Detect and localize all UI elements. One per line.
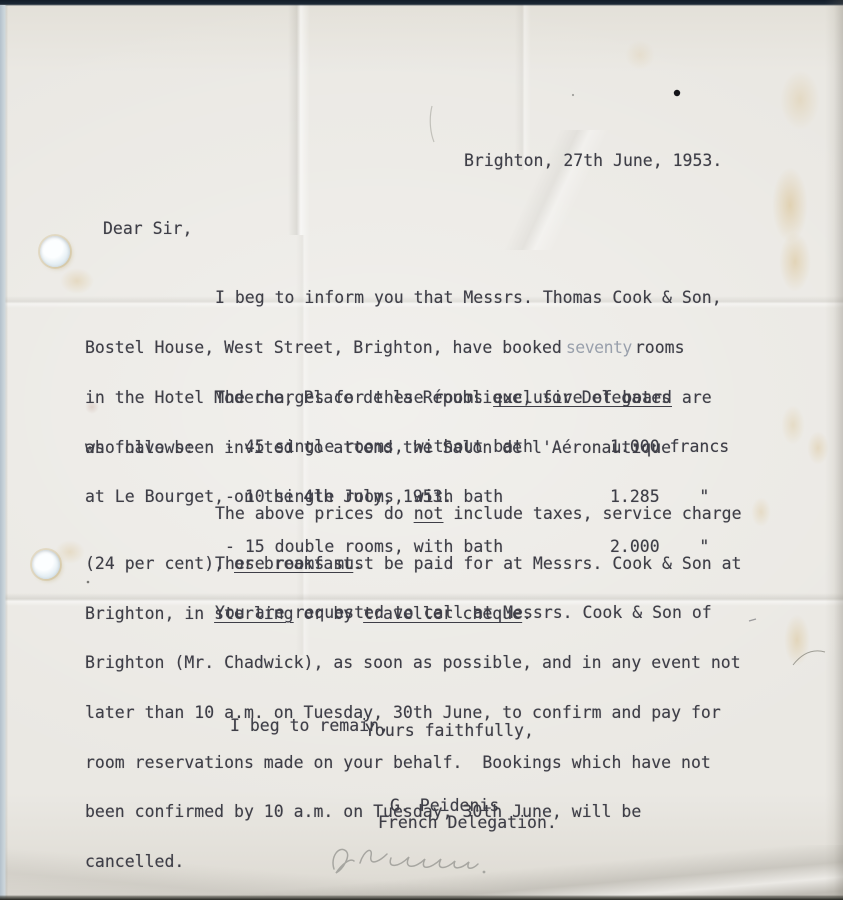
foxing-stain — [779, 232, 811, 292]
underlined-text: exclusive of board — [493, 388, 672, 407]
text-segment: include taxes, service charge — [444, 504, 742, 523]
scan-edge-bottom — [0, 895, 843, 900]
vertical-fold-crease-right — [515, 0, 531, 170]
scan-edge-left — [0, 5, 8, 900]
text-segment: are — [672, 388, 712, 407]
underlined-text: not — [414, 504, 444, 523]
closing-faithfully-line: Yours faithfully, — [365, 723, 534, 740]
punch-hole-bottom — [32, 550, 60, 579]
room-description: - 45 single rooms, without bath — [225, 437, 533, 456]
room-charge-row: - 45 single rooms, without bath1.000 fra… — [85, 439, 533, 456]
scan-edge-top — [0, 0, 843, 6]
stray-tick — [749, 619, 756, 621]
hair-scratch — [793, 651, 825, 665]
foxing-stain — [781, 405, 805, 445]
text-segment: The charges for these rooms — [215, 388, 493, 407]
letter-paper-sheet: Brighton, 27th June, 1953. Dear Sir, I b… — [0, 0, 843, 900]
foxing-stain — [784, 614, 810, 666]
scanned-letter-page: { "letter": { "date_line": "Brighton, 27… — [0, 0, 843, 900]
text-line: I beg to remain, — [85, 718, 389, 735]
foxing-stain — [625, 40, 655, 70]
text-line: cancelled. — [85, 854, 741, 871]
text-line: The above prices do not include taxes, s… — [85, 506, 742, 523]
date-line: Brighton, 27th June, 1953. — [464, 153, 722, 170]
text-line: The charges for these rooms exclusive of… — [85, 390, 712, 407]
text-line: These rooms must be paid for at Messrs. … — [85, 556, 742, 573]
vertical-fold-crease-top — [288, 0, 310, 235]
salutation: Dear Sir, — [103, 221, 192, 238]
text-line: I beg to inform you that Messrs. Thomas … — [85, 290, 722, 307]
closing-remain-line: I beg to remain, — [85, 685, 389, 768]
text-line: You are requested to call at Messrs. Coo… — [85, 605, 741, 622]
text-line: Brighton (Mr. Chadwick), as soon as poss… — [85, 655, 741, 672]
text-segment: rooms — [635, 338, 685, 357]
foxing-stain — [751, 497, 771, 527]
speck — [572, 94, 574, 96]
text-line: Bostel House, West Street, Brighton, hav… — [85, 340, 722, 357]
signatory-organisation: French Delegation. — [378, 815, 557, 832]
text-segment: Bostel House, West Street, Brighton, hav… — [85, 338, 562, 357]
text-segment: The above prices do — [215, 504, 414, 523]
scan-edge-right-shadow — [825, 0, 843, 900]
diagonal-wrinkle — [420, 130, 680, 250]
pencil-mark — [430, 106, 434, 142]
foxing-stain — [772, 167, 808, 243]
punch-hole-top — [40, 236, 70, 267]
room-price: 1.000 francs — [610, 439, 729, 456]
foxing-stain — [780, 70, 820, 130]
ink-dot — [674, 90, 680, 96]
inserted-word-seventy: seventy — [566, 338, 632, 357]
